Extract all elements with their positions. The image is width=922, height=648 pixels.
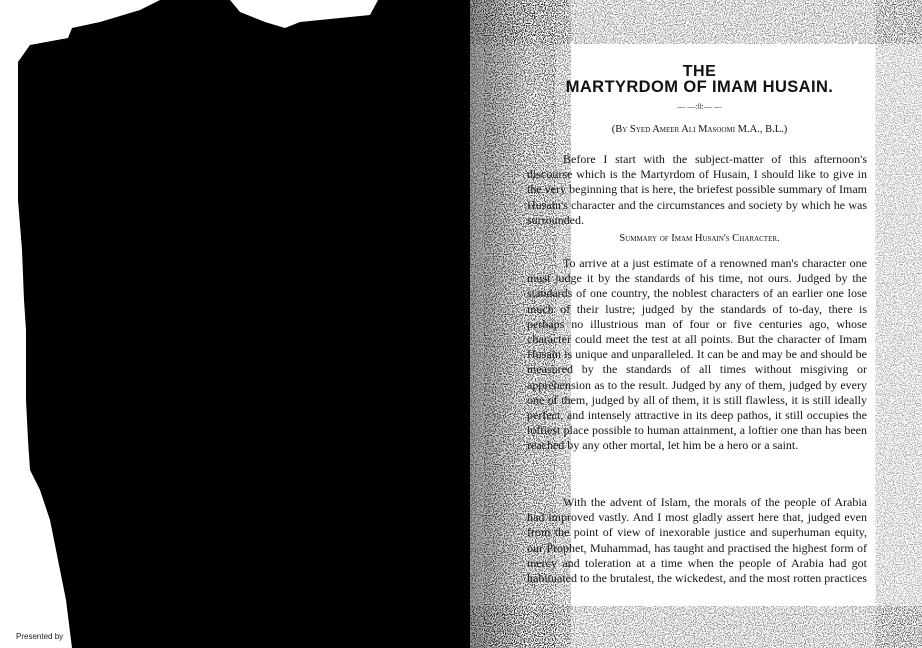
title-separator: — —:0:— — xyxy=(527,102,872,111)
section-heading: Summary of Imam Husain's Character. xyxy=(527,233,872,244)
paragraph-islam: With the advent of Islam, the morals of … xyxy=(527,495,867,586)
article-title: MARTYRDOM OF IMAM HUSAIN. xyxy=(527,78,872,97)
author-byline: (By Syed Ameer Ali Masoomi M.A., B.L.) xyxy=(527,124,872,135)
paragraph-character: To arrive at a just estimate of a renown… xyxy=(527,256,867,454)
presented-by-credit: Presented by xyxy=(16,632,63,641)
paragraph-intro: Before I start with the subject-matter o… xyxy=(527,152,867,228)
article-page: THE MARTYRDOM OF IMAM HUSAIN. — —:0:— — … xyxy=(527,55,872,615)
